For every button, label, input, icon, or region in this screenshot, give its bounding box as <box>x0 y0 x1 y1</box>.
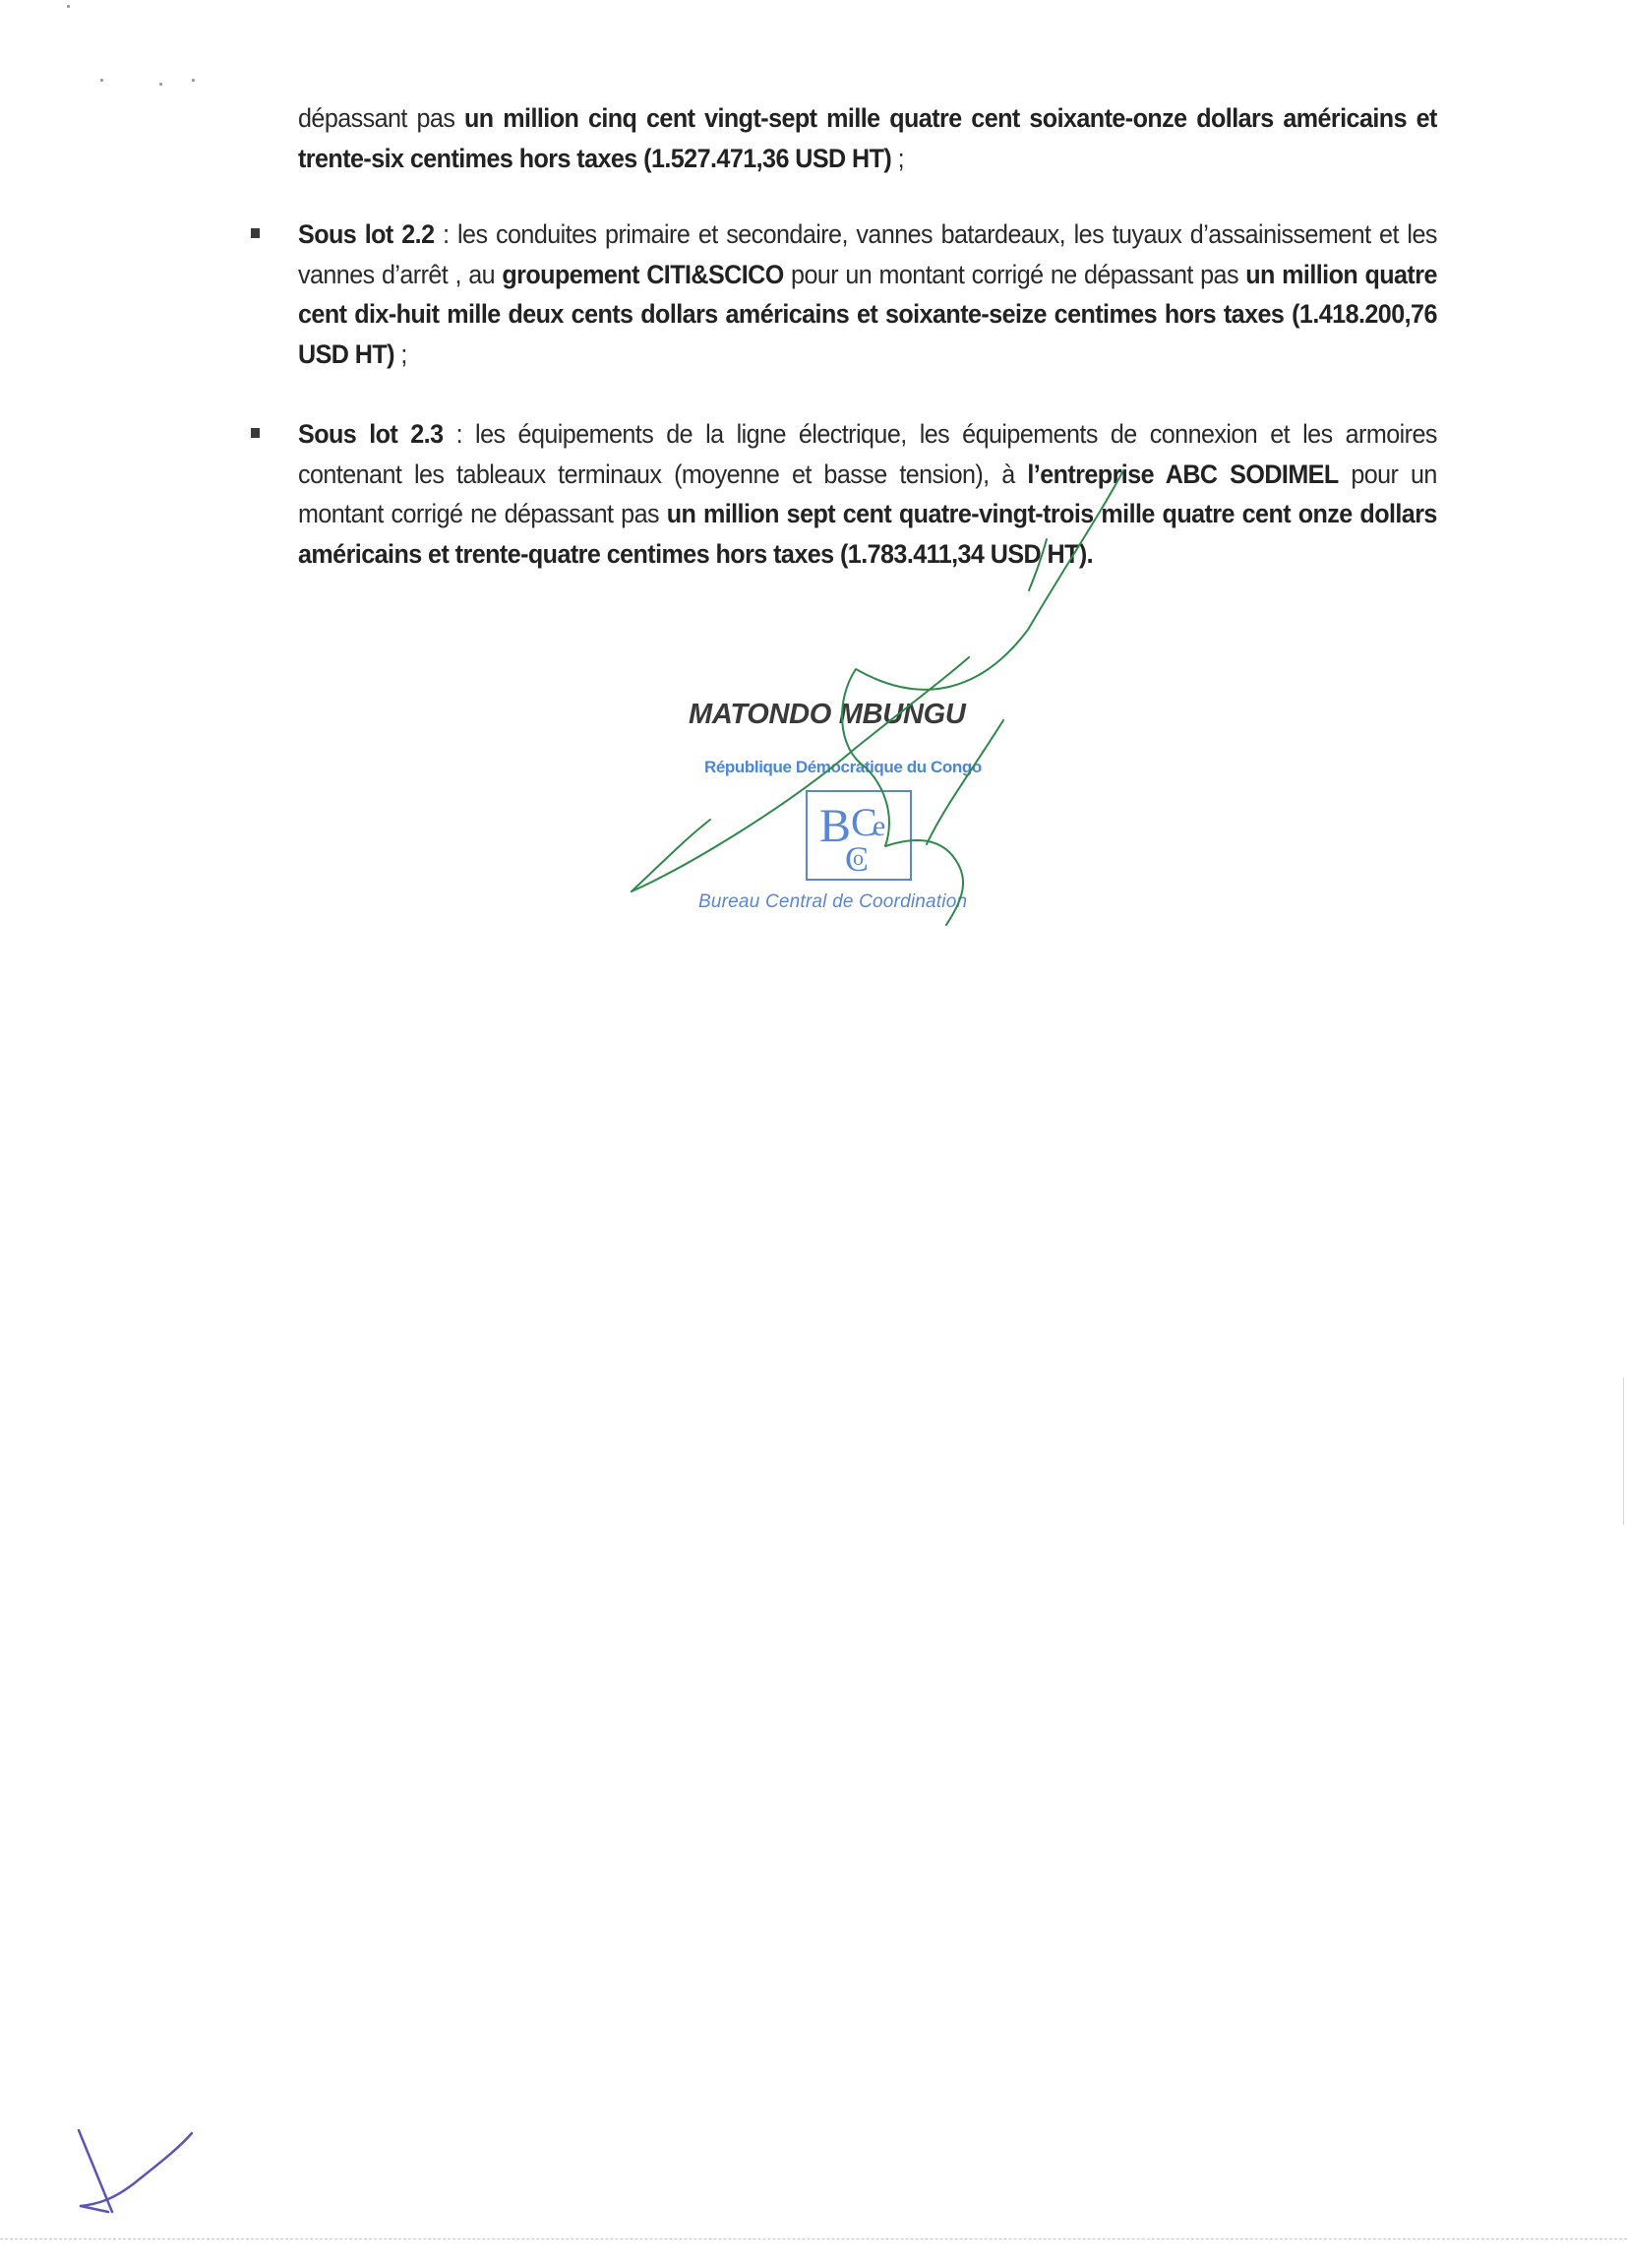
signatory-name: MATONDO MBUNGU <box>689 699 965 731</box>
scan-footer-line <box>0 2238 1627 2240</box>
bullet-square-icon <box>251 228 260 238</box>
list-item-sous-lot-2-2: Sous lot 2.2 : les conduites primaire et… <box>298 215 1437 374</box>
item-suffix: ; <box>394 339 407 369</box>
svg-text:o: o <box>853 845 864 870</box>
amount-text: un million cinq cent vingt-sept mille qu… <box>298 103 1437 173</box>
company-name: l’entreprise ABC SODIMEL <box>1027 460 1338 489</box>
stamp-bottom-text: Bureau Central de Coordination <box>698 891 967 913</box>
item-label: Sous lot 2.2 <box>298 219 435 249</box>
svg-text:e: e <box>873 810 885 842</box>
amount-figure: (1.783.411,34 USD HT). <box>834 539 1094 569</box>
bceco-logo-icon: B C e C o <box>808 792 910 879</box>
scan-artifact <box>100 79 103 82</box>
bullet-square-icon <box>251 428 260 438</box>
scan-artifact <box>192 79 195 82</box>
initials-checkmark-icon <box>59 2125 207 2234</box>
stamp-top-text: République Démocratique du Congo <box>704 758 982 777</box>
bceco-logo: B C e C o <box>806 790 912 881</box>
company-name: groupement CITI&SCICO <box>502 260 783 289</box>
paragraph-suffix: ; <box>891 144 904 173</box>
item-label: Sous lot 2.3 <box>298 419 444 449</box>
scan-artifact <box>159 83 162 86</box>
paragraph-text: dépassant pas <box>298 103 464 133</box>
scan-edge-line <box>1623 1378 1624 1525</box>
item-text: pour un montant corrigé ne dépassant pas <box>784 260 1246 289</box>
paragraph-continuation: dépassant pas un million cinq cent vingt… <box>298 98 1437 178</box>
document-page: dépassant pas un million cinq cent vingt… <box>0 0 1627 2268</box>
list-item-sous-lot-2-3: Sous lot 2.3 : les équipements de la lig… <box>298 414 1437 574</box>
scan-artifact <box>67 5 70 8</box>
